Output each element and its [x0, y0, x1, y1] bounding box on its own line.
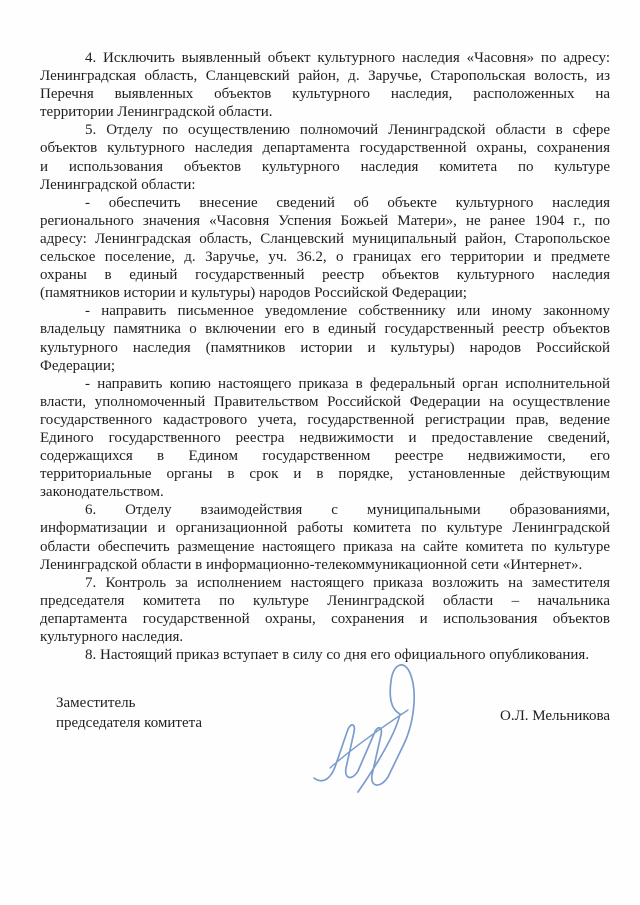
document-line: 7. Контроль за исполнением настоящего пр… — [40, 574, 610, 592]
document-line: законодательством. — [40, 483, 610, 501]
document-line: власти, уполномоченный Правительством Ро… — [40, 393, 610, 411]
document-line: Перечня выявленных объектов культурного … — [40, 85, 610, 103]
document-line: - направить письменное уведомление собст… — [40, 302, 610, 320]
handwritten-signature — [296, 648, 431, 798]
document-line: Ленинградской области: — [40, 176, 610, 194]
document-line: и использования объектов культурного нас… — [40, 158, 610, 176]
document-line: владельцу памятника о включении его в ед… — [40, 320, 610, 338]
document-line: охраны в единый государственный реестр о… — [40, 266, 610, 284]
document-body: 4. Исключить выявленный объект культурно… — [40, 49, 610, 664]
document-line: области обеспечить размещение настоящего… — [40, 538, 610, 556]
signer-title: Заместитель председателя комитета — [56, 694, 202, 733]
document-line: Федерации; — [40, 357, 610, 375]
document-line: Ленинградской области в информационно-те… — [40, 556, 610, 574]
document-line: председателя комитета по культуре Ленинг… — [40, 592, 610, 610]
document-line: 4. Исключить выявленный объект культурно… — [40, 49, 610, 67]
signer-title-line1: Заместитель — [56, 694, 202, 714]
document-line: 6. Отделу взаимодействия с муниципальным… — [40, 501, 610, 519]
document-line: содержащихся в Едином государственном ре… — [40, 447, 610, 465]
document-line: объектов культурного наследия департамен… — [40, 139, 610, 157]
document-line: адресу: Ленинградская область, Сланцевск… — [40, 230, 610, 248]
document-line: - обеспечить внесение сведений об объект… — [40, 194, 610, 212]
document-page: 4. Исключить выявленный объект культурно… — [0, 0, 640, 905]
document-line: - направить копию настоящего приказа в ф… — [40, 375, 610, 393]
document-line: департамента государственной охраны, сох… — [40, 610, 610, 628]
document-line: (памятников истории и культуры) народов … — [40, 284, 610, 302]
document-line: территории Ленинградской области. — [40, 103, 610, 121]
document-line: информатизации и организационной работы … — [40, 519, 610, 537]
signer-name: О.Л. Мельникова — [500, 707, 610, 726]
signature-ink — [314, 665, 414, 792]
document-line: Ленинградская область, Сланцевский район… — [40, 67, 610, 85]
document-line: государственного кадастрового учета, гос… — [40, 411, 610, 429]
document-line: регионального значения «Часовня Успения … — [40, 212, 610, 230]
document-line: культурного наследия (памятников истории… — [40, 339, 610, 357]
document-line: сельское поселение, д. Заручье, уч. 36.2… — [40, 248, 610, 266]
document-line: территориальные органы в срок и в порядк… — [40, 465, 610, 483]
signer-title-line2: председателя комитета — [56, 714, 202, 734]
document-line: 5. Отделу по осуществлению полномочий Ле… — [40, 121, 610, 139]
document-line: Единого государственного реестра недвижи… — [40, 429, 610, 447]
document-line: культурного наследия. — [40, 628, 610, 646]
